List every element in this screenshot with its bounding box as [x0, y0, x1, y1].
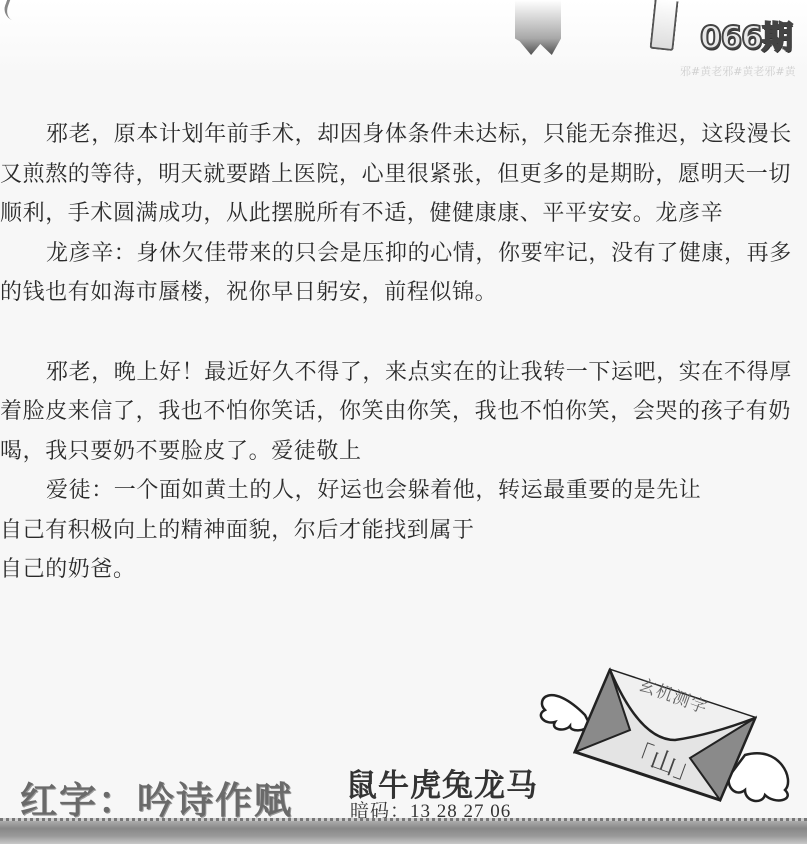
letter-2-answer-end: 自己的奶爸。 — [0, 550, 807, 590]
red-word-hint: 红字：吟诗作赋 — [20, 770, 293, 824]
letter-1-answer: 龙彦辛：身休欠佳带来的只会是压抑的心情，你要牢记，没有了健康，再多的钱也有如海市… — [0, 234, 807, 313]
letters-section: 邪老，原本计划年前手术，却因身体条件未达标，只能无奈推迟，这段漫长又煎熬的等待，… — [0, 115, 807, 590]
footer-strip — [0, 818, 807, 844]
issue-number: 066期 — [700, 12, 792, 57]
spacer — [0, 313, 807, 353]
letter-2-question: 邪老，晚上好！最近好久不得了，来点实在的让我转一下运吧，实在不得厚着脸皮来信了，… — [0, 353, 807, 472]
letter-2-answer: 爱徒：一个面如黄土的人，好运也会躲着他，转运最重要的是先让自己有积极向上的精神面… — [0, 471, 705, 550]
letter-1-question: 邪老，原本计划年前手术，却因身体条件未达标，只能无奈推迟，这段漫长又煎熬的等待，… — [0, 115, 807, 234]
watermark-tagline: 邪#黄老邪#黄老邪#黄 — [680, 63, 796, 79]
winged-envelope: 玄机测字 「山」 — [530, 660, 800, 810]
header-banner — [0, 0, 807, 70]
